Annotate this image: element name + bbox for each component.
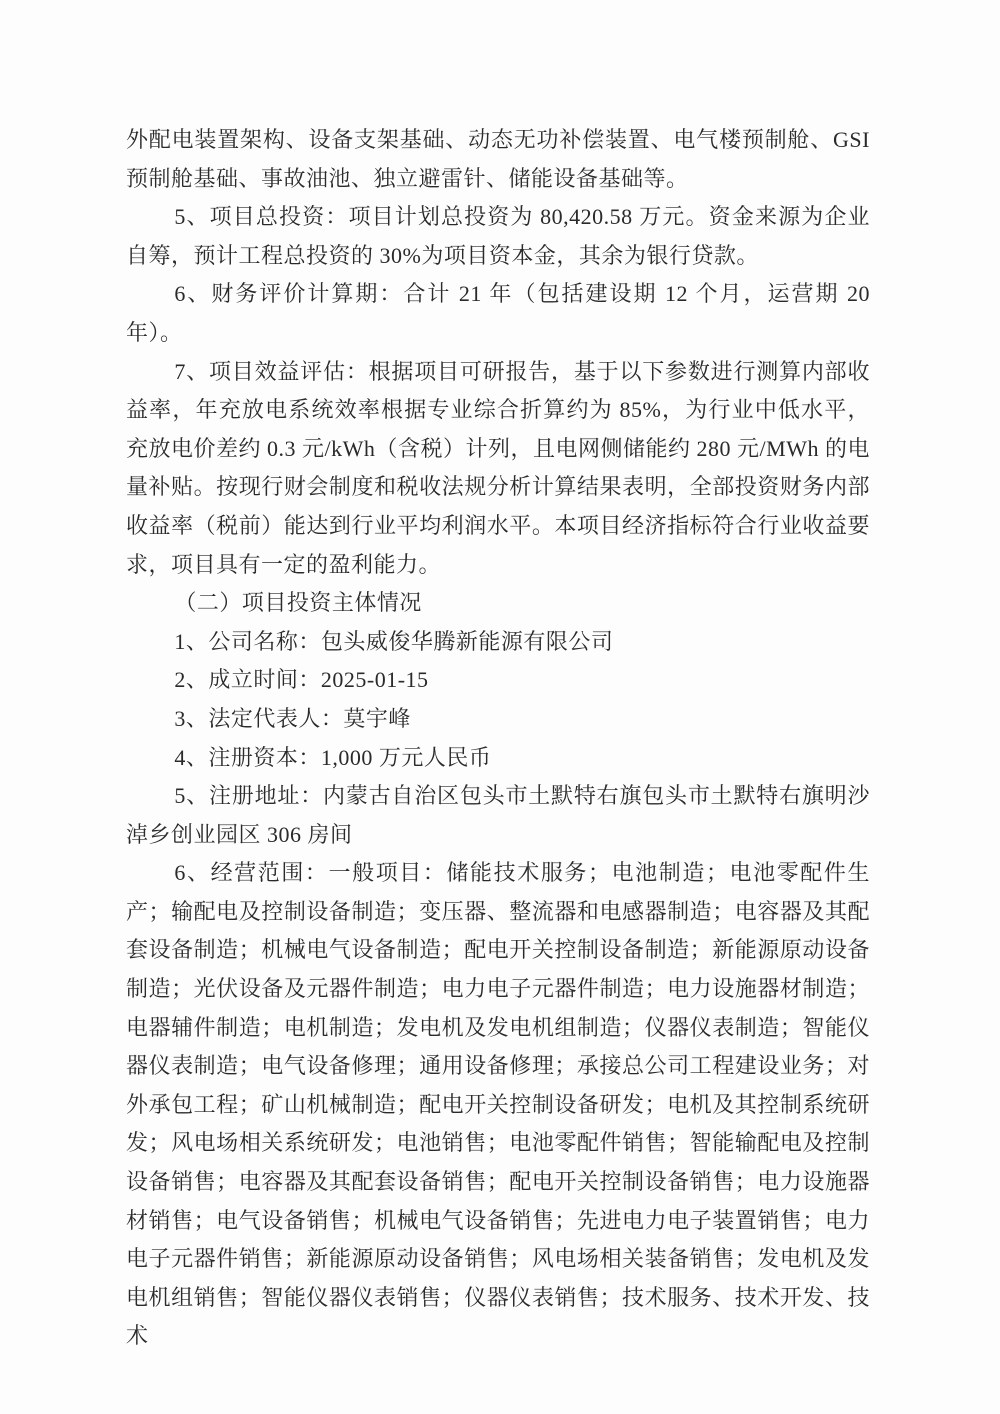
paragraph: 7、项目效益评估：根据项目可研报告，基于以下参数进行测算内部收益率，年充放电系统… — [126, 353, 870, 585]
paragraph: 6、财务评价计算期：合计 21 年（包括建设期 12 个月，运营期 20 年）。 — [126, 275, 870, 352]
paragraph: 外配电装置架构、设备支架基础、动态无功补偿装置、电气楼预制舱、GSI 预制舱基础… — [126, 121, 870, 198]
paragraph: 6、经营范围：一般项目：储能技术服务；电池制造；电池零配件生产；输配电及控制设备… — [126, 854, 870, 1356]
paragraph: 3、法定代表人：莫宇峰 — [126, 700, 870, 739]
document-page: 外配电装置架构、设备支架基础、动态无功补偿装置、电气楼预制舱、GSI 预制舱基础… — [0, 0, 1000, 1414]
paragraph: 5、项目总投资：项目计划总投资为 80,420.58 万元。资金来源为企业自筹，… — [126, 198, 870, 275]
paragraph: 4、注册资本：1,000 万元人民币 — [126, 739, 870, 778]
document-body: 外配电装置架构、设备支架基础、动态无功补偿装置、电气楼预制舱、GSI 预制舱基础… — [126, 121, 870, 1356]
paragraph: 2、成立时间：2025-01-15 — [126, 661, 870, 700]
paragraph: 5、注册地址：内蒙古自治区包头市土默特右旗包头市土默特右旗明沙淖乡创业园区 30… — [126, 777, 870, 854]
paragraph: 1、公司名称：包头威俊华腾新能源有限公司 — [126, 623, 870, 662]
paragraph: （二）项目投资主体情况 — [126, 584, 870, 623]
